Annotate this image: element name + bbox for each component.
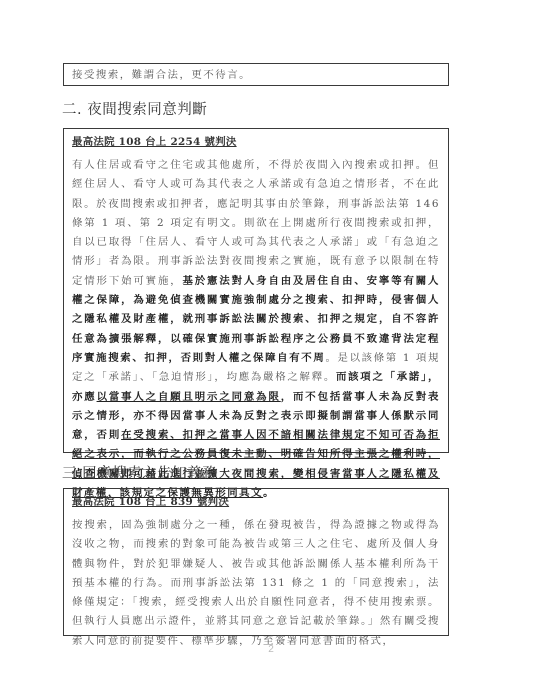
case-excerpt: 有人住居或看守之住宅或其他處所，不得於夜間入內搜索或扣押。但經住居人、看守人或可…: [72, 156, 440, 503]
document-page: 接受搜索，難謂合法，更不待言。 二. 夜間搜索同意判斷 最高法院 108 台上 …: [0, 0, 541, 700]
section-heading-consent-notice: 三.同意搜索之告知義務: [62, 462, 217, 483]
quote-box-839: 最高法院 108 台上 839 號判決 按搜索，固為強制處分之一種，係在發現被告…: [63, 488, 449, 636]
excerpt-segment-bold-underline: 以當事人之自願且明示之同意為限: [97, 391, 281, 403]
section-heading-night-search: 二. 夜間搜索同意判斷: [62, 98, 207, 119]
page-number: 2: [265, 644, 277, 655]
case-title: 最高法院 108 台上 839 號判決: [72, 494, 440, 510]
quote-box-continued: 接受搜索，難謂合法，更不待言。: [63, 63, 449, 86]
excerpt-segment-bold: 基於憲法對人身自由及居住自由、安寧等有關人權之保障，為避免偵查機關實施強制處分之…: [72, 275, 440, 364]
excerpt-segment: 有人住居或看守之住宅或其他處所，不得於夜間入內搜索或扣押。但經住居人、看守人或可…: [72, 159, 440, 287]
quote-text: 接受搜索，難謂合法，更不待言。: [72, 69, 251, 81]
case-title: 最高法院 108 台上 2254 號判決: [72, 134, 440, 150]
case-excerpt: 按搜索，固為強制處分之一種，係在發現被告，得為證據之物或得為沒收之物，而搜索的對…: [72, 516, 440, 651]
quote-box-2254: 最高法院 108 台上 2254 號判決 有人住居或看守之住宅或其他處所，不得於…: [63, 128, 449, 453]
